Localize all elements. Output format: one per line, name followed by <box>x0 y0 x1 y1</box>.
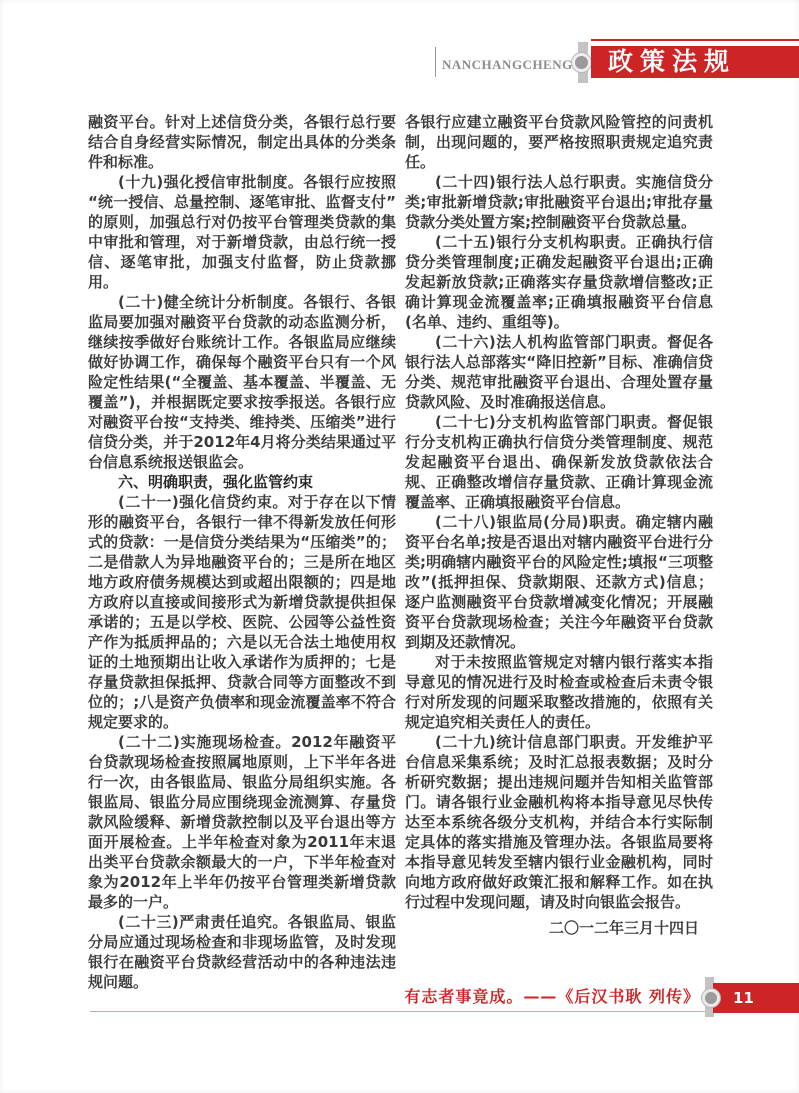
paragraph: (十九)强化授信审批制度。各银行应按照“统一授信、总量控制、逐笔审批、监督支付”… <box>88 172 396 292</box>
magazine-page: NANCHANGCHENGTOU 政策法规 融资平台。针对上述信贷分类，各银行总… <box>0 0 799 1093</box>
paragraph: (二十六)法人机构监管部门职责。督促各银行法人总部落实“降旧控新”目标、准确信贷… <box>405 332 713 412</box>
paragraph: 各银行应建立融资平台贷款风险管控的问责机制，出现问题的，要严格按照职责规定追究责… <box>405 112 713 172</box>
paragraph: (二十)健全统计分析制度。各银行、各银监局要加强对融资平台贷款的动态监测分析，继… <box>88 292 396 472</box>
section-title-banner: 政策法规 <box>591 46 799 78</box>
masthead-dot-icon <box>572 53 591 72</box>
section-heading: 六、明确职责，强化监管约束 <box>88 472 396 492</box>
page-number-box: 11 <box>713 983 799 1013</box>
paragraph: (二十四)银行法人总行职责。实施信贷分类;审批新增贷款;审批融资平台退出;审批存… <box>405 172 713 232</box>
section-title: 政策法规 <box>608 47 736 76</box>
article-column-right: 各银行应建立融资平台贷款风险管控的问责机制，出现问题的，要严格按照职责规定追究责… <box>405 112 713 938</box>
article-date: 二〇一二年三月十四日 <box>405 918 713 938</box>
footer-quote: 有志者事竟成。——《后汉书耿 列传》 <box>404 984 700 1007</box>
paragraph: (二十九)统计信息部门职责。开发维护平台信息采集系统；及时汇总报表数据；及时分析… <box>405 732 713 912</box>
paragraph: (二十一)强化信贷约束。对于存在以下情形的融资平台，各银行一律不得新发放任何形式… <box>88 492 396 732</box>
paragraph: 融资平台。针对上述信贷分类，各银行总行要结合自身经营实际情况，制定出具体的分类条… <box>88 112 396 172</box>
paragraph: (二十二)实施现场检查。2012年融资平台贷款现场检查按照属地原则，上下半年各进… <box>88 732 396 912</box>
paragraph: 对于未按照监管规定对辖内银行落实本指导意见的情况进行及时检查或检查后未责令银行对… <box>405 652 713 732</box>
paragraph: (二十七)分支机构监管部门职责。督促银行分支机构正确执行信贷分类管理制度、规范发… <box>405 412 713 512</box>
footer-rule <box>90 1011 705 1012</box>
banner-top-rule <box>591 39 799 41</box>
footer-dot-icon <box>702 989 720 1007</box>
masthead-left-rule <box>435 47 436 77</box>
page-number: 11 <box>733 989 754 1007</box>
article-column-left: 融资平台。针对上述信贷分类，各银行总行要结合自身经营实际情况，制定出具体的分类条… <box>88 112 396 992</box>
paragraph: (二十八)银监局(分局)职责。确定辖内融资平台名单;按是否退出对辖内融资平台进行… <box>405 512 713 652</box>
paragraph: (二十五)银行分支机构职责。正确执行信贷分类管理制度;正确发起融资平台退出;正确… <box>405 232 713 332</box>
paragraph: (二十三)严肃责任追究。各银监局、银监分局应通过现场检查和非现场监管，及时发现银… <box>88 912 396 992</box>
